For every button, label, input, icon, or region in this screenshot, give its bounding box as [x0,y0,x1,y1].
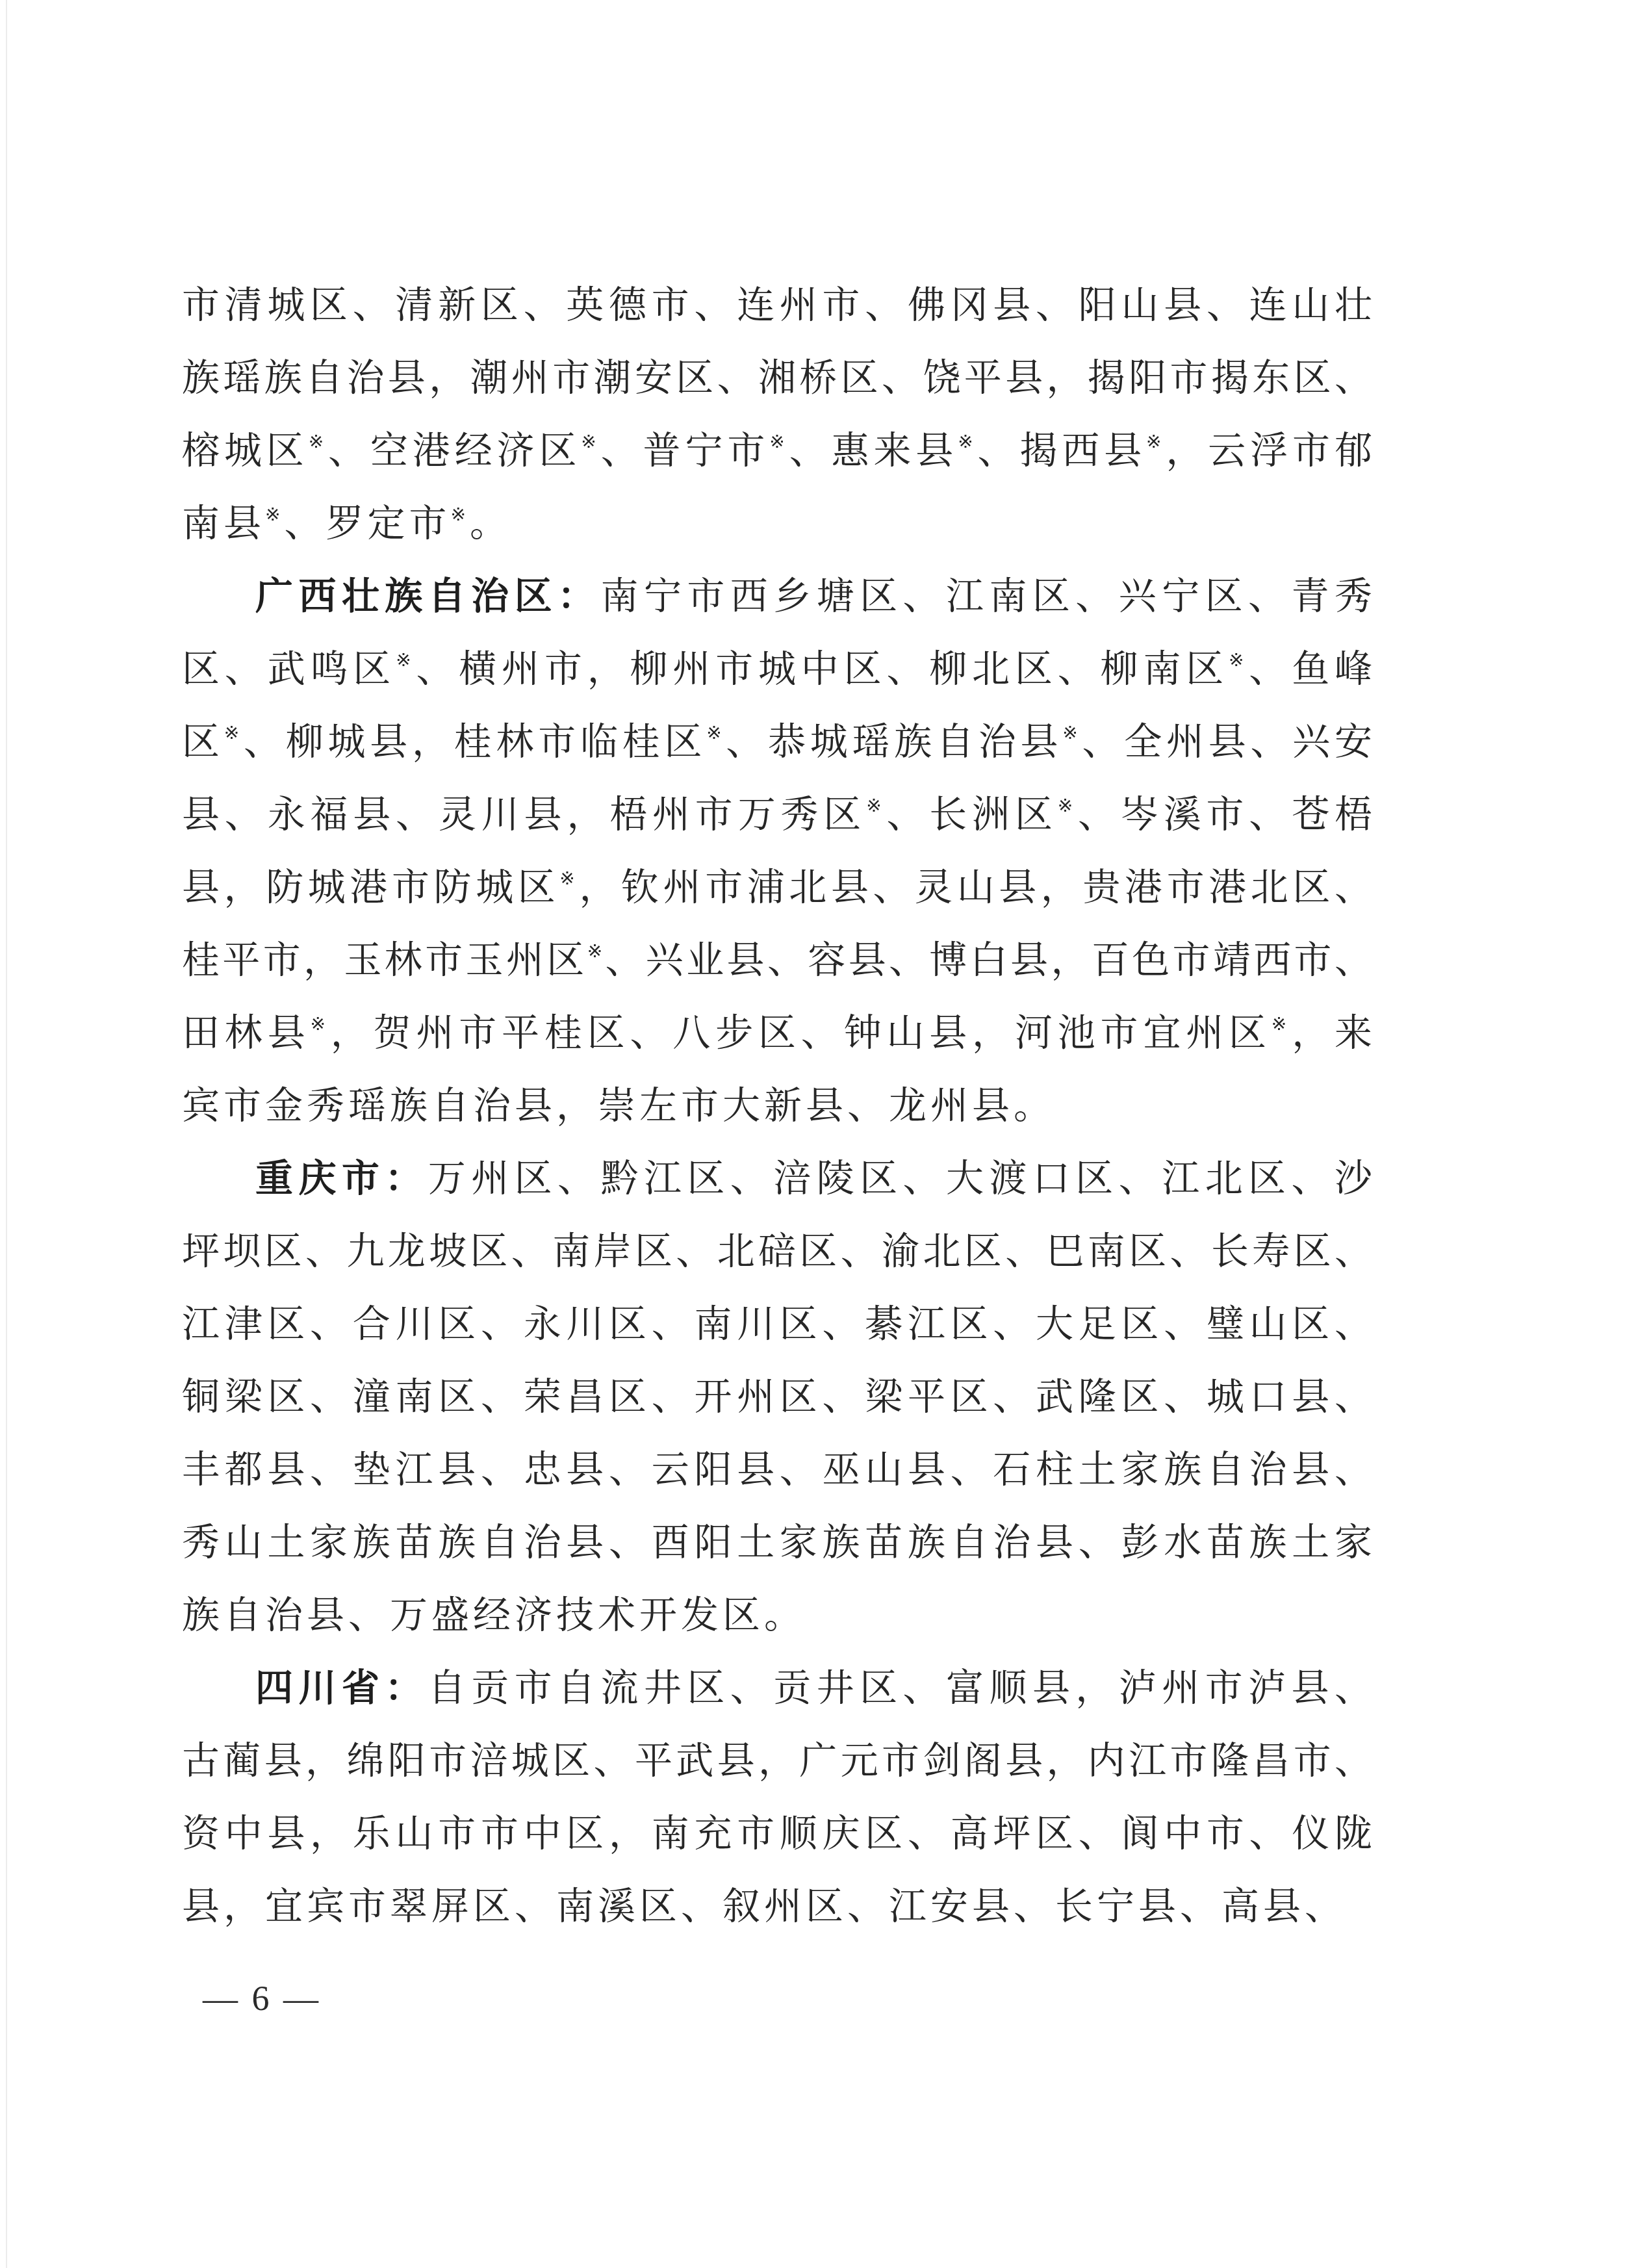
line-text: 江津区、合川区、永川区、南川区、綦江区、大足区、璧山区、 [182,1302,1372,1346]
line-text: 、岑溪市、苍梧 [1078,792,1372,836]
line-text: 坪坝区、九龙坡区、南岸区、北碚区、渝北区、巴南区、长寿区、 [182,1229,1372,1273]
line-text: ，贺州市平桂区、八步区、钟山县，河池市宜州区 [331,1011,1272,1055]
line-text: 、兴业县、容县、博白县，百色市靖西市、 [605,938,1372,982]
line-text: 秀山土家族苗族自治县、酉阳土家族苗族自治县、彭水苗族土家 [182,1520,1372,1564]
text-line: 县，宜宾市翠屏区、南溪区、叙州区、江安县、长宁县、高县、 [182,1870,1372,1942]
line-text: 、空港经济区 [328,428,581,472]
line-text: 、普宁市 [601,428,770,472]
line-text: 、全州县、兴安 [1082,719,1372,764]
line-text: 宾市金秀瑶族自治县，崇左市大新县、龙州县。 [182,1083,1055,1128]
footnote-mark: ※ [224,722,244,743]
text-line: 古蔺县，绵阳市涪城区、平武县，广元市剑阁县，内江市隆昌市、 [182,1724,1372,1797]
footnote-mark: ※ [769,431,789,452]
footnote-mark: ※ [265,504,284,525]
text-line: 江津区、合川区、永川区、南川区、綦江区、大足区、璧山区、 [182,1287,1372,1360]
region-heading: 四川省： [255,1666,428,1710]
document-body: 市清城区、清新区、英德市、连州市、佛冈县、阳山县、连山壮族瑶族自治县，潮州市潮安… [182,268,1372,1942]
text-line: 族自治县、万盛经济技术开发区。 [182,1579,1372,1651]
line-text: 榕城区 [182,428,309,472]
text-line: 铜梁区、潼南区、荣昌区、开州区、梁平区、武隆区、城口县、 [182,1360,1372,1433]
line-text: 、柳城县，桂林市临桂区 [244,719,706,764]
line-text: 、恭城瑶族自治县 [726,719,1062,764]
footnote-mark: ※ [958,431,977,452]
line-text: 南宁市西乡塘区、江南区、兴宁区、青秀 [601,574,1372,618]
text-line: 四川省：自贡市自流井区、贡井区、富顺县，泸州市泸县、 [182,1651,1372,1724]
line-text: 族瑶族自治县，潮州市潮安区、湘桥区、饶平县，揭阳市揭东区、 [182,355,1372,400]
text-line: 区、武鸣区※、横州市，柳州市城中区、柳北区、柳南区※、鱼峰 [182,632,1372,705]
text-line: 资中县，乐山市市中区，南充市顺庆区、高坪区、阆中市、仪陇 [182,1797,1372,1870]
text-line: 田林县※，贺州市平桂区、八步区、钟山县，河池市宜州区※，来 [182,996,1372,1069]
text-line: 市清城区、清新区、英德市、连州市、佛冈县、阳山县、连山壮 [182,268,1372,341]
line-text: 、惠来县 [789,428,958,472]
line-text: 。 [470,501,511,545]
region-heading: 重庆市： [255,1156,428,1200]
text-line: 县，防城港市防城区※，钦州市浦北县、灵山县，贵港市港北区、 [182,851,1372,923]
text-line: 区※、柳城县，桂林市临桂区※、恭城瑶族自治县※、全州县、兴安 [182,705,1372,778]
text-line: 桂平市，玉林市玉州区※、兴业县、容县、博白县，百色市靖西市、 [182,923,1372,996]
text-line: 榕城区※、空港经济区※、普宁市※、惠来县※、揭西县※，云浮市郁 [182,414,1372,487]
footnote-mark: ※ [1062,722,1082,743]
text-line: 宾市金秀瑶族自治县，崇左市大新县、龙州县。 [182,1069,1372,1142]
footnote-mark: ※ [587,940,606,962]
line-text: 、罗定市 [284,501,450,545]
line-text: 田林县 [182,1011,310,1055]
footnote-mark: ※ [310,1013,330,1035]
text-line: 广西壮族自治区：南宁市西乡塘区、江南区、兴宁区、青秀 [182,560,1372,632]
footnote-mark: ※ [396,649,416,671]
line-text: 市清城区、清新区、英德市、连州市、佛冈县、阳山县、连山壮 [182,283,1372,327]
page-number: — 6 — [203,1976,321,2021]
region-heading: 广西壮族自治区： [255,574,601,618]
text-line: 县、永福县、灵川县，梧州市万秀区※、长洲区※、岑溪市、苍梧 [182,778,1372,851]
text-line: 丰都县、垫江县、忠县、云阳县、巫山县、石柱土家族自治县、 [182,1433,1372,1506]
footnote-mark: ※ [559,868,579,889]
line-text: 县，防城港市防城区 [182,865,559,909]
line-text: 资中县，乐山市市中区，南充市顺庆区、高坪区、阆中市、仪陇 [182,1811,1372,1855]
line-text: 、鱼峰 [1249,647,1372,691]
footnote-mark: ※ [1272,1013,1292,1035]
line-text: 桂平市，玉林市玉州区 [182,938,587,982]
footnote-mark: ※ [1146,431,1166,452]
line-text: ，来 [1292,1011,1372,1055]
footnote-mark: ※ [1229,649,1249,671]
footnote-mark: ※ [581,431,600,452]
line-text: 、揭西县 [978,428,1147,472]
text-line: 秀山土家族苗族自治县、酉阳土家族苗族自治县、彭水苗族土家 [182,1506,1372,1579]
text-line: 族瑶族自治县，潮州市潮安区、湘桥区、饶平县，揭阳市揭东区、 [182,341,1372,414]
line-text: 南县 [182,501,265,545]
text-line: 南县※、罗定市※。 [182,487,1372,560]
line-text: 县，宜宾市翠屏区、南溪区、叙州区、江安县、长宁县、高县、 [182,1884,1346,1928]
line-text: 、横州市，柳州市城中区、柳北区、柳南区 [416,647,1229,691]
line-text: 族自治县、万盛经济技术开发区。 [182,1593,806,1637]
line-text: 铜梁区、潼南区、荣昌区、开州区、梁平区、武隆区、城口县、 [182,1374,1372,1419]
line-text: 县、永福县、灵川县，梧州市万秀区 [182,792,866,836]
line-text: 区、武鸣区 [182,647,396,691]
line-text: 万州区、黔江区、涪陵区、大渡口区、江北区、沙 [428,1156,1372,1200]
line-text: 自贡市自流井区、贡井区、富顺县，泸州市泸县、 [428,1666,1372,1710]
paragraph-chongqing: 重庆市：万州区、黔江区、涪陵区、大渡口区、江北区、沙坪坝区、九龙坡区、南岸区、北… [182,1142,1372,1651]
line-text: 区 [182,719,224,764]
footnote-mark: ※ [1058,795,1078,816]
scan-edge-artifact [6,0,7,2268]
paragraph-sichuan: 四川省：自贡市自流井区、贡井区、富顺县，泸州市泸县、古蔺县，绵阳市涪城区、平武县… [182,1651,1372,1942]
footnote-mark: ※ [309,431,328,452]
footnote-mark: ※ [706,722,726,743]
line-text: 丰都县、垫江县、忠县、云阳县、巫山县、石柱土家族自治县、 [182,1447,1372,1491]
paragraph-guangxi: 广西壮族自治区：南宁市西乡塘区、江南区、兴宁区、青秀区、武鸣区※、横州市，柳州市… [182,560,1372,1142]
footnote-mark: ※ [451,504,470,525]
line-text: ，钦州市浦北县、灵山县，贵港市港北区、 [579,865,1372,909]
line-text: 古蔺县，绵阳市涪城区、平武县，广元市剑阁县，内江市隆昌市、 [182,1738,1372,1783]
line-text: 、长洲区 [886,792,1057,836]
paragraph-guangdong-continued: 市清城区、清新区、英德市、连州市、佛冈县、阳山县、连山壮族瑶族自治县，潮州市潮安… [182,268,1372,560]
text-line: 重庆市：万州区、黔江区、涪陵区、大渡口区、江北区、沙 [182,1142,1372,1215]
line-text: ，云浮市郁 [1166,428,1372,472]
footnote-mark: ※ [866,795,886,816]
text-line: 坪坝区、九龙坡区、南岸区、北碚区、渝北区、巴南区、长寿区、 [182,1215,1372,1287]
